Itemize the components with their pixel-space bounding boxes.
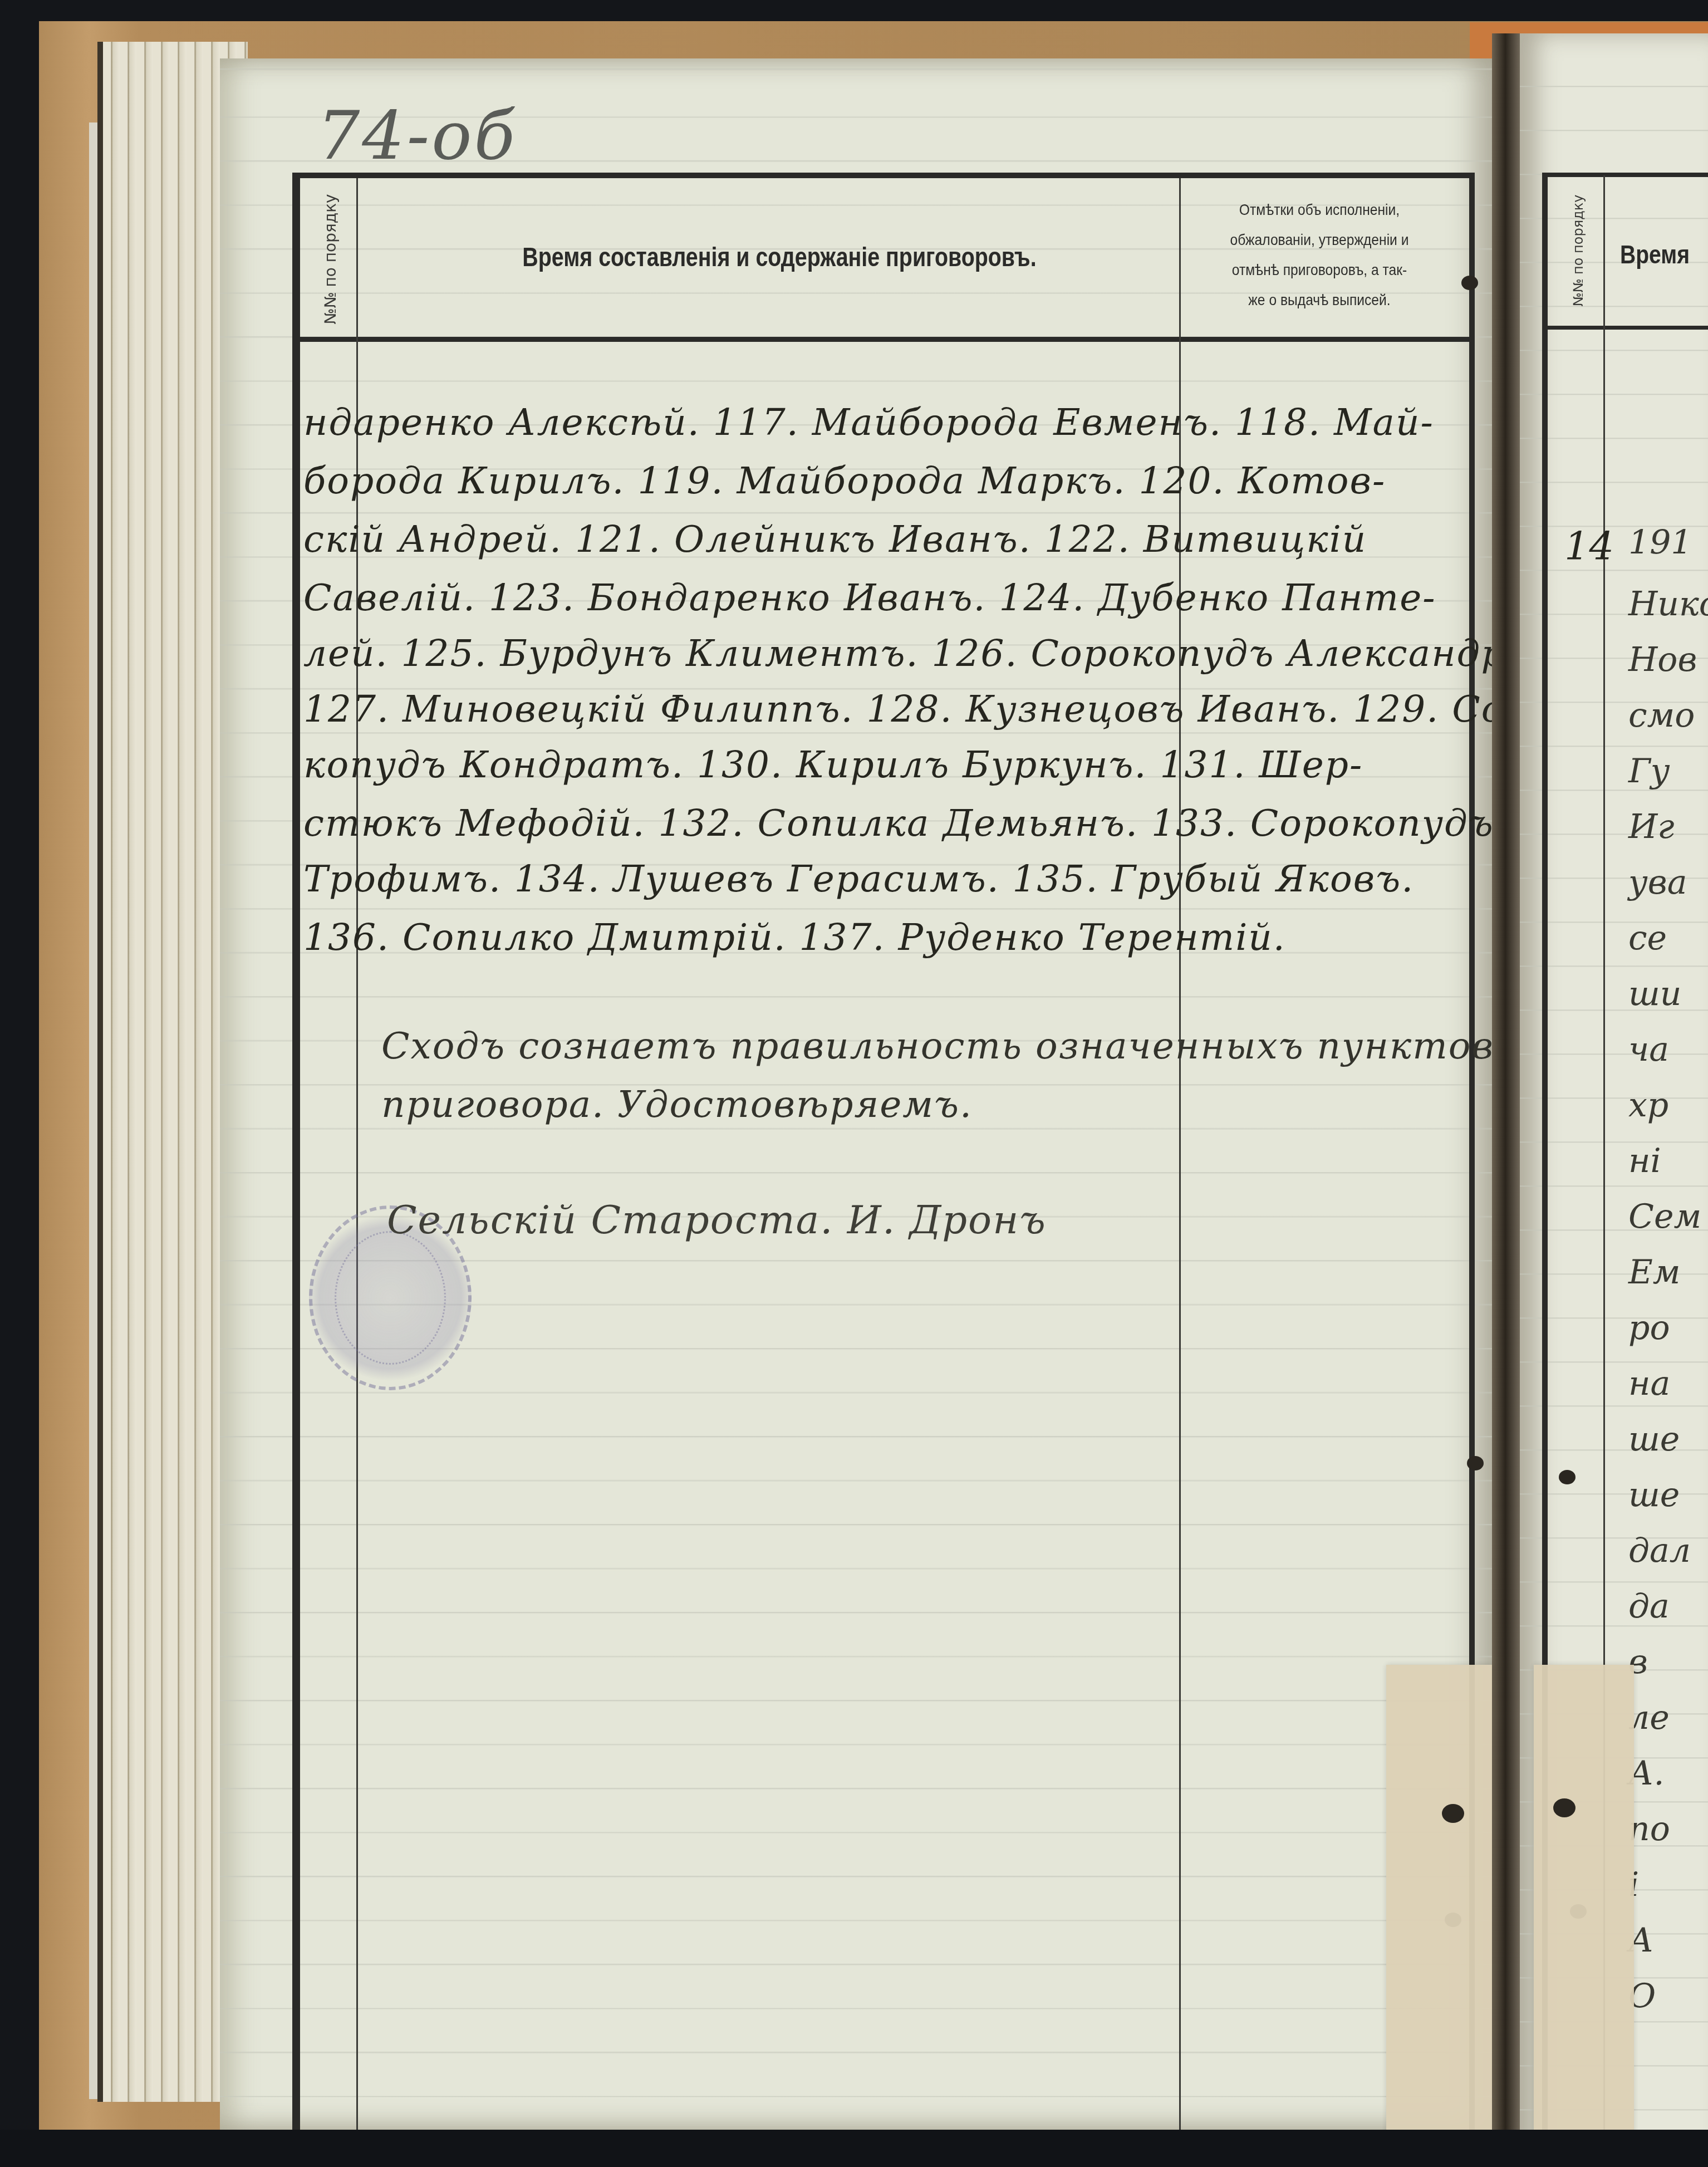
partial-line: Нов <box>1628 640 1697 679</box>
partial-line: ні <box>1628 1141 1661 1180</box>
entry-line: 136. Сопилко Дмитрій. 137. Руденко Терен… <box>303 916 1450 959</box>
column-header-main: Время составленія и содержаніе приговоро… <box>453 242 1106 273</box>
entry-line: Савелій. 123. Бондаренко Иванъ. 124. Дуб… <box>303 576 1450 619</box>
notes-header-line: же о выдачѣ выписей. <box>1202 285 1437 315</box>
partial-line: ро <box>1628 1308 1670 1347</box>
partial-line: 191 <box>1628 523 1692 562</box>
partial-line: Иг <box>1628 807 1675 846</box>
partial-line: ше <box>1628 1420 1680 1459</box>
entry-number: 14 <box>1564 523 1614 569</box>
partial-line: ше <box>1628 1475 1680 1514</box>
entry-line: лей. 125. Бурдунъ Климентъ. 126. Сорокоп… <box>303 632 1450 675</box>
left-page: 74-об №№ по порядку Время составленія и … <box>220 58 1492 2130</box>
column-header-number: №№ по порядку <box>1564 181 1592 320</box>
notes-header-line: Отмѣтки объ исполненіи, <box>1202 195 1437 225</box>
header-divider <box>1548 326 1708 330</box>
entry-line: копудъ Кондратъ. 130. Кирилъ Буркунъ. 13… <box>303 743 1450 786</box>
column-header-number: №№ по порядку <box>313 184 347 334</box>
notes-header-line: отмѣнѣ приговоровъ, а так- <box>1202 255 1437 285</box>
seal-inner-ring <box>335 1231 446 1365</box>
entry-line: Трофимъ. 134. Лушевъ Герасимъ. 135. Груб… <box>303 857 1450 900</box>
page-stack-strip <box>89 122 98 2099</box>
partial-line: Гу <box>1628 752 1670 791</box>
partial-line: Нико <box>1628 585 1708 624</box>
folio-number: 74-об <box>317 97 517 175</box>
partial-line: Сем <box>1628 1197 1701 1236</box>
column-header-main: Время <box>1620 239 1690 269</box>
repair-tape <box>1386 1665 1492 2144</box>
partial-line: да <box>1628 1587 1670 1626</box>
repair-tape <box>1534 1665 1634 2144</box>
signature-village-elder: Сельскій Староста. И. Дронъ <box>387 1197 1534 1243</box>
entry-line: скій Андрей. 121. Олейникъ Иванъ. 122. В… <box>303 518 1450 561</box>
entry-line: стюкъ Мефодій. 132. Сопилка Демьянъ. 133… <box>303 802 1450 845</box>
partial-line: ши <box>1628 974 1681 1013</box>
partial-line: смо <box>1628 696 1695 735</box>
entry-line: борода Кирилъ. 119. Майборода Маркъ. 120… <box>303 459 1450 502</box>
partial-line: ча <box>1628 1030 1669 1069</box>
notes-header-line: обжалованіи, утвержденіи и <box>1202 225 1437 255</box>
closing-line: приговора. Удостовѣряемъ. <box>381 1083 1528 1126</box>
binding-hole <box>1461 276 1478 290</box>
partial-line: по <box>1628 1810 1670 1849</box>
binding-hole <box>1467 1456 1484 1470</box>
column-header-number-text: №№ по порядку <box>1570 195 1586 307</box>
partial-line: дал <box>1628 1531 1691 1570</box>
partial-line: ле <box>1628 1698 1670 1737</box>
binding-hole <box>1553 1798 1576 1817</box>
scan-background-bottom <box>0 2130 1708 2167</box>
binding-hole <box>1442 1804 1464 1823</box>
column-header-number-text: №№ по порядку <box>321 194 340 324</box>
header-divider <box>292 337 1470 342</box>
column-header-notes: Отмѣтки объ исполненіи, обжалованіи, утв… <box>1202 195 1437 315</box>
partial-line: ува <box>1628 863 1687 902</box>
entry-line: ндаренко Алексѣй. 117. Майборода Евменъ.… <box>303 401 1450 444</box>
partial-line: Ем <box>1628 1253 1681 1292</box>
binding-hole <box>1559 1470 1576 1484</box>
partial-line: се <box>1628 919 1667 958</box>
partial-line: на <box>1628 1364 1670 1403</box>
closing-line: Сходъ сознаетъ правильность означенныхъ … <box>381 1024 1528 1067</box>
partial-line: хр <box>1628 1086 1668 1125</box>
entry-line: 127. Миновецкій Филиппъ. 128. Кузнецовъ … <box>303 688 1450 730</box>
